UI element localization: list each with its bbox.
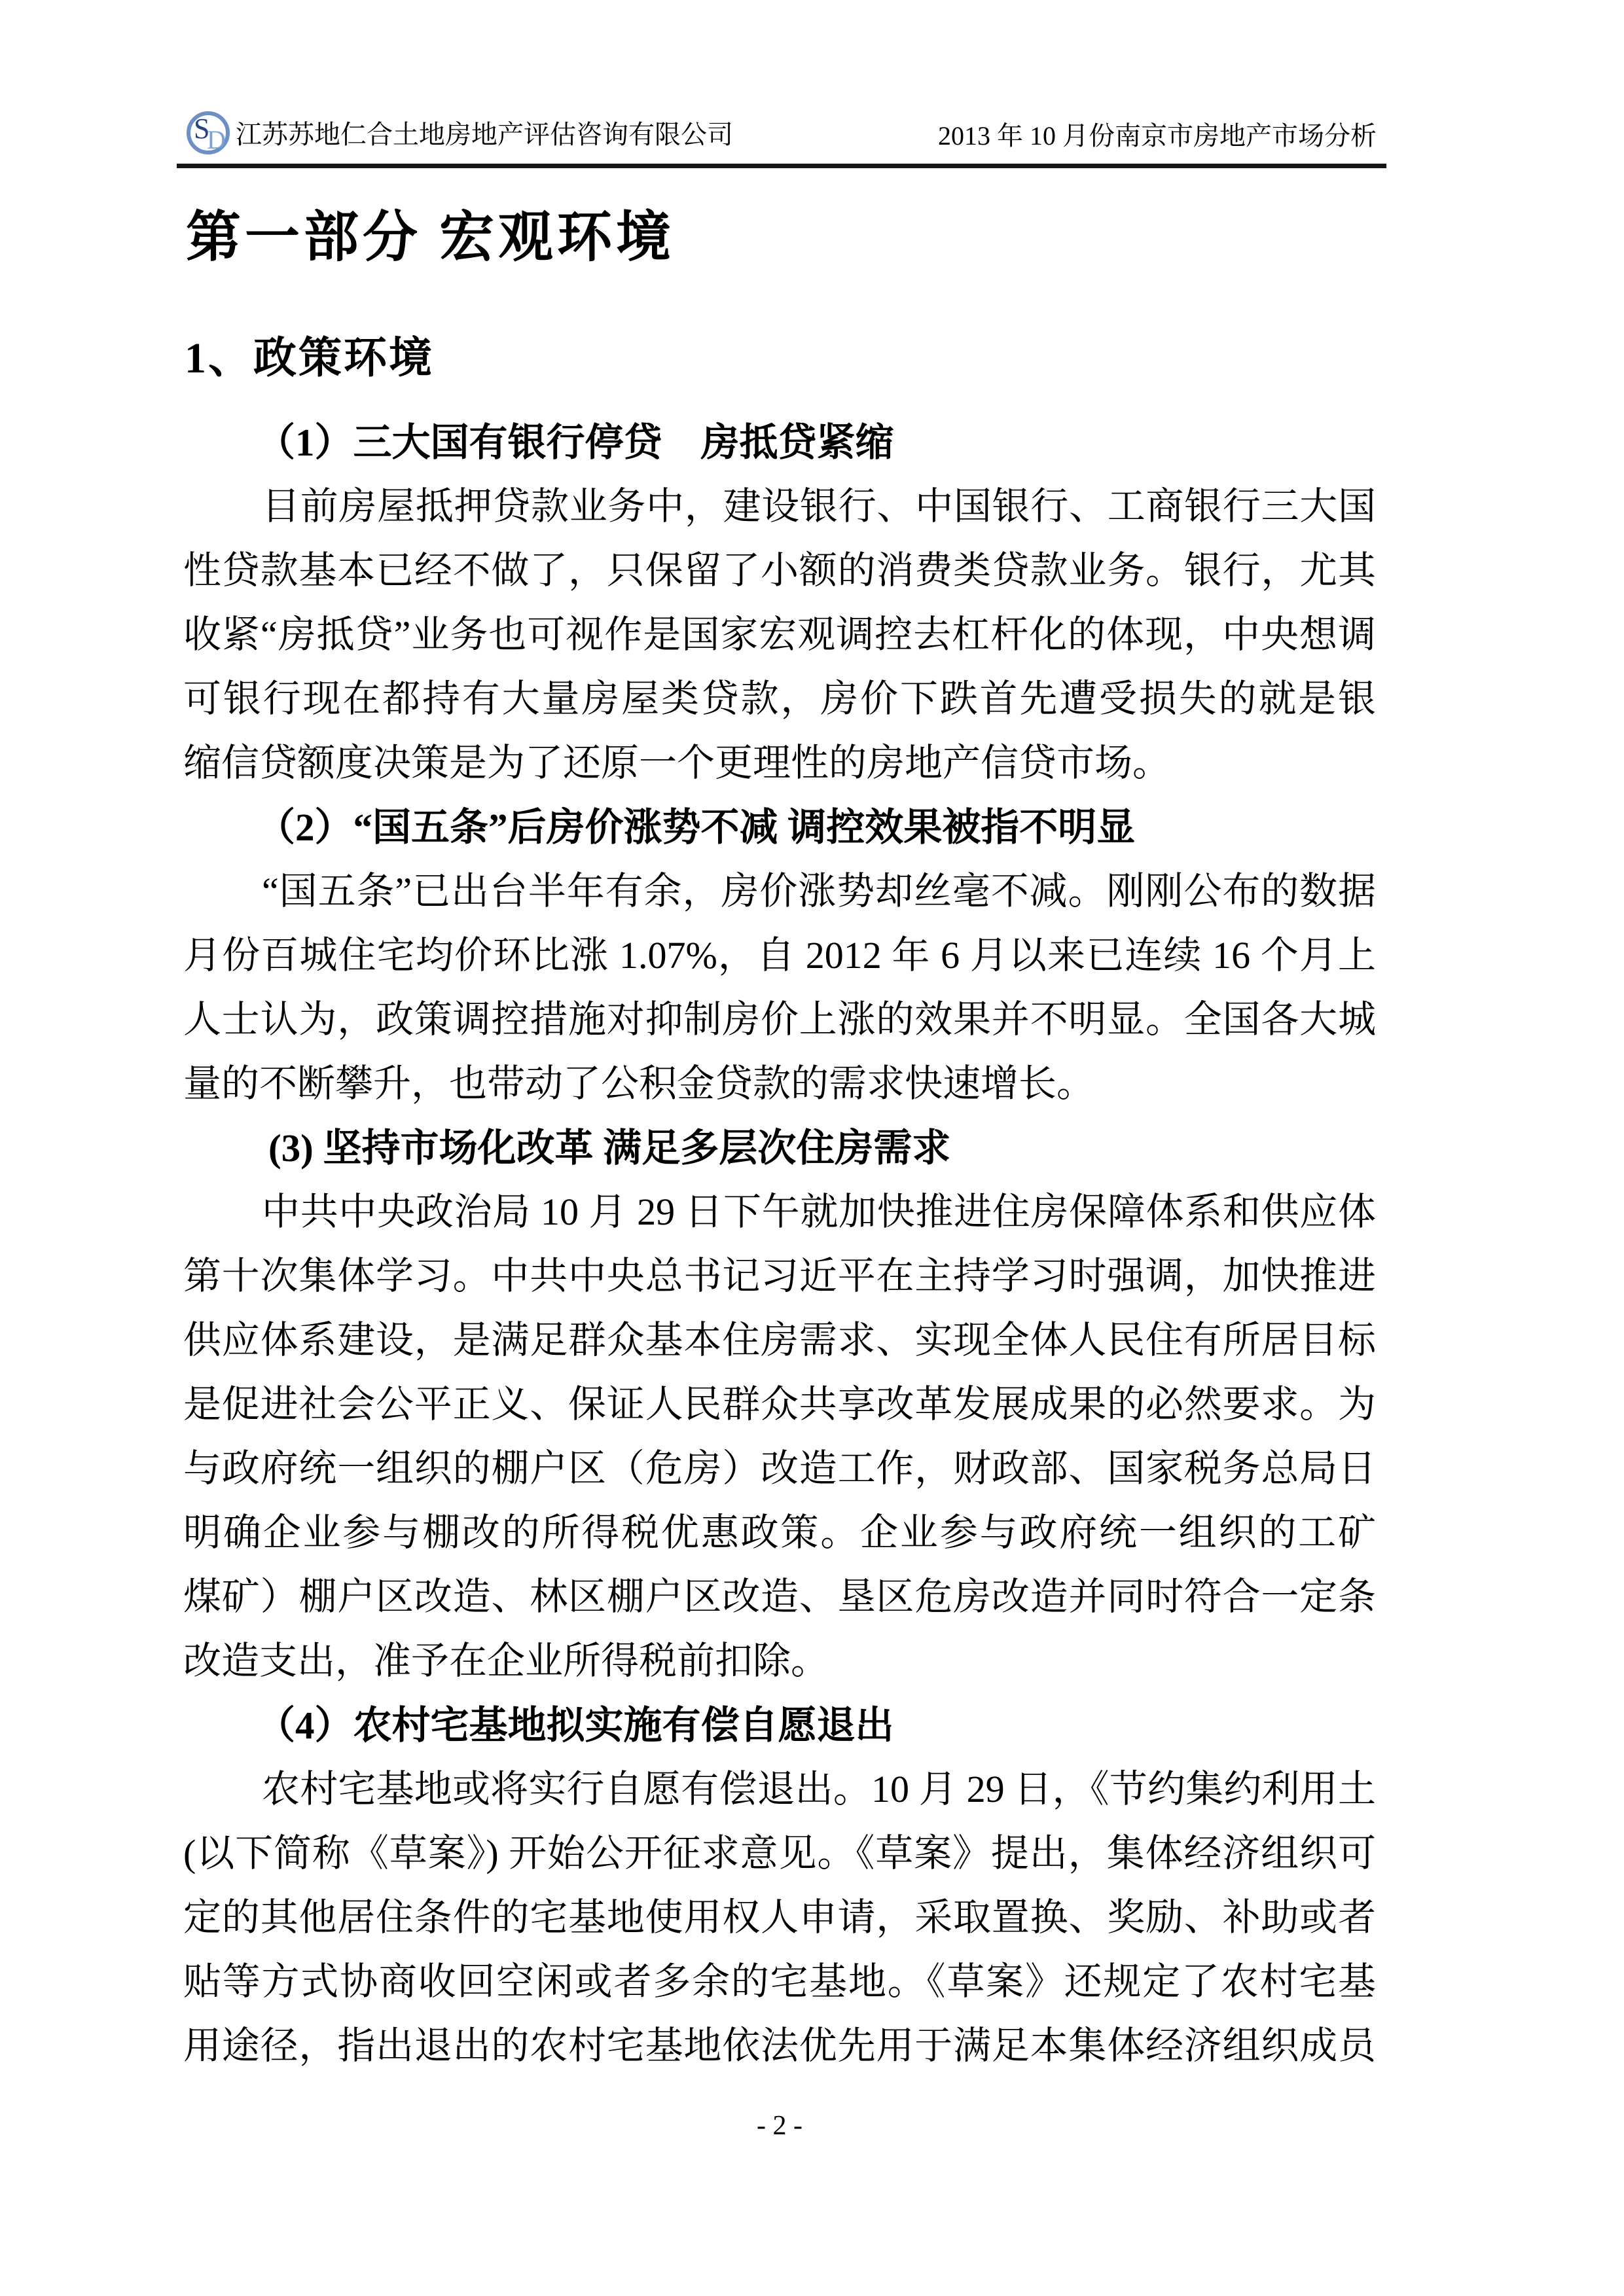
section-title: 1、政策环境 — [185, 332, 434, 385]
document-page: S D 江苏苏地仁合土地房地产评估咨询有限公司 2013 年 10 月份南京市房… — [0, 0, 1624, 2296]
section-heading-line: （1）三大国有银行停贷 房抵贷紧缩 — [183, 410, 1376, 475]
body-text-line: 是促进社会公平正义、保证人民群众共享改革发展成果的必然要求。为鼓励企业参 — [183, 1372, 1376, 1437]
section-heading-line: （4）农村宅基地拟实施有偿自愿退出 — [183, 1693, 1376, 1757]
body-text-line: 第十次集体学习。中共中央总书记习近平在主持学习时强调，加快推进住房保障和 — [183, 1244, 1376, 1308]
body-text-line: 人士认为，政策调控措施对抑制房价上涨的效果并不明显。全国各大城市楼市成交 — [183, 988, 1376, 1052]
section-heading-line: （2）“国五条”后房价涨势不减 调控效果被指不明显 — [183, 795, 1376, 859]
logo-letter-d: D — [207, 125, 226, 154]
body-text-line: 改造支出，准予在企业所得税前扣除。 — [183, 1629, 1376, 1693]
body-text-line: 可银行现在都持有大量房屋类贷款，房价下跌首先遭受损失的就是银行，现在做紧 — [183, 667, 1376, 731]
company-logo-icon: S D — [185, 108, 232, 156]
document-body: （1）三大国有银行停贷 房抵贷紧缩目前房屋抵押贷款业务中，建设银行、中国银行、工… — [183, 410, 1376, 2078]
body-text-line: 用途径，指出退出的农村宅基地依法优先用于满足本集体经济组织成员符合规定申 — [183, 2014, 1376, 2078]
body-text-line: 月份百城住宅均价环比涨 1.07%，自 2012 年 6 月以来已连续 16 个… — [183, 924, 1376, 988]
page-number: - 2 - — [183, 2106, 1376, 2145]
body-text-line: 缩信贷额度决策是为了还原一个更理性的房地产信贷市场。 — [183, 731, 1376, 795]
body-text-line: 量的不断攀升，也带动了公积金贷款的需求快速增长。 — [183, 1052, 1376, 1116]
body-text-line: 目前房屋抵押贷款业务中，建设银行、中国银行、工商银行三大国有银行经营 — [183, 475, 1376, 539]
body-text-line: 收紧“房抵贷”业务也可视作是国家宏观调控去杠杆化的体现，中央想调控房价， — [183, 603, 1376, 667]
body-text-line: 与政府统一组织的棚户区（危房）改造工作，财政部、国家税务总局日前联合发文 — [183, 1437, 1376, 1501]
body-text-line: 贴等方式协商收回空闲或者多余的宅基地。《草案》还规定了农村宅基地退出后的使 — [183, 1950, 1376, 2014]
body-text-line: 供应体系建设，是满足群众基本住房需求、实现全体人民住有所居目标的重要任务， — [183, 1308, 1376, 1372]
header-rule — [177, 164, 1386, 168]
document-title: 第一部分 宏观环境 — [186, 207, 675, 270]
body-text-line: 明确企业参与棚改的所得税优惠政策。企业参与政府统一组织的工矿 （含中央下放 — [183, 1501, 1376, 1565]
header-company-name: 江苏苏地仁合土地房地产评估咨询有限公司 — [236, 118, 733, 152]
body-text-line: (以下简称《草案》) 开始公开征求意见。《草案》提出，集体经济组织可以根据有稳 — [183, 1821, 1376, 1886]
header-report-title: 2013 年 10 月份南京市房地产市场分析 — [938, 119, 1377, 153]
body-text-line: 农村宅基地或将实行自愿有偿退出。10 月 29 日，《节约集约利用土地规定(草案… — [183, 1757, 1376, 1821]
body-text-line: 性贷款基本已经不做了，只保留了小额的消费类贷款业务。银行，尤其是国有银行 — [183, 539, 1376, 603]
body-text-line: 煤矿）棚户区改造、林区棚户区改造、垦区危房改造并同时符合一定条件的棚户区 — [183, 1565, 1376, 1629]
body-text-line: 定的其他居住条件的宅基地使用权人申请，采取置换、奖励、补助或者城镇购房补 — [183, 1886, 1376, 1950]
section-heading-line: (3) 坚持市场化改革 满足多层次住房需求 — [183, 1116, 1376, 1180]
body-text-line: 中共中央政治局 10 月 29 日下午就加快推进住房保障体系和供应体系建设进行 — [183, 1180, 1376, 1244]
body-text-line: “国五条”已出台半年有余，房价涨势却丝毫不减。刚刚公布的数据显示，9 — [183, 859, 1376, 924]
